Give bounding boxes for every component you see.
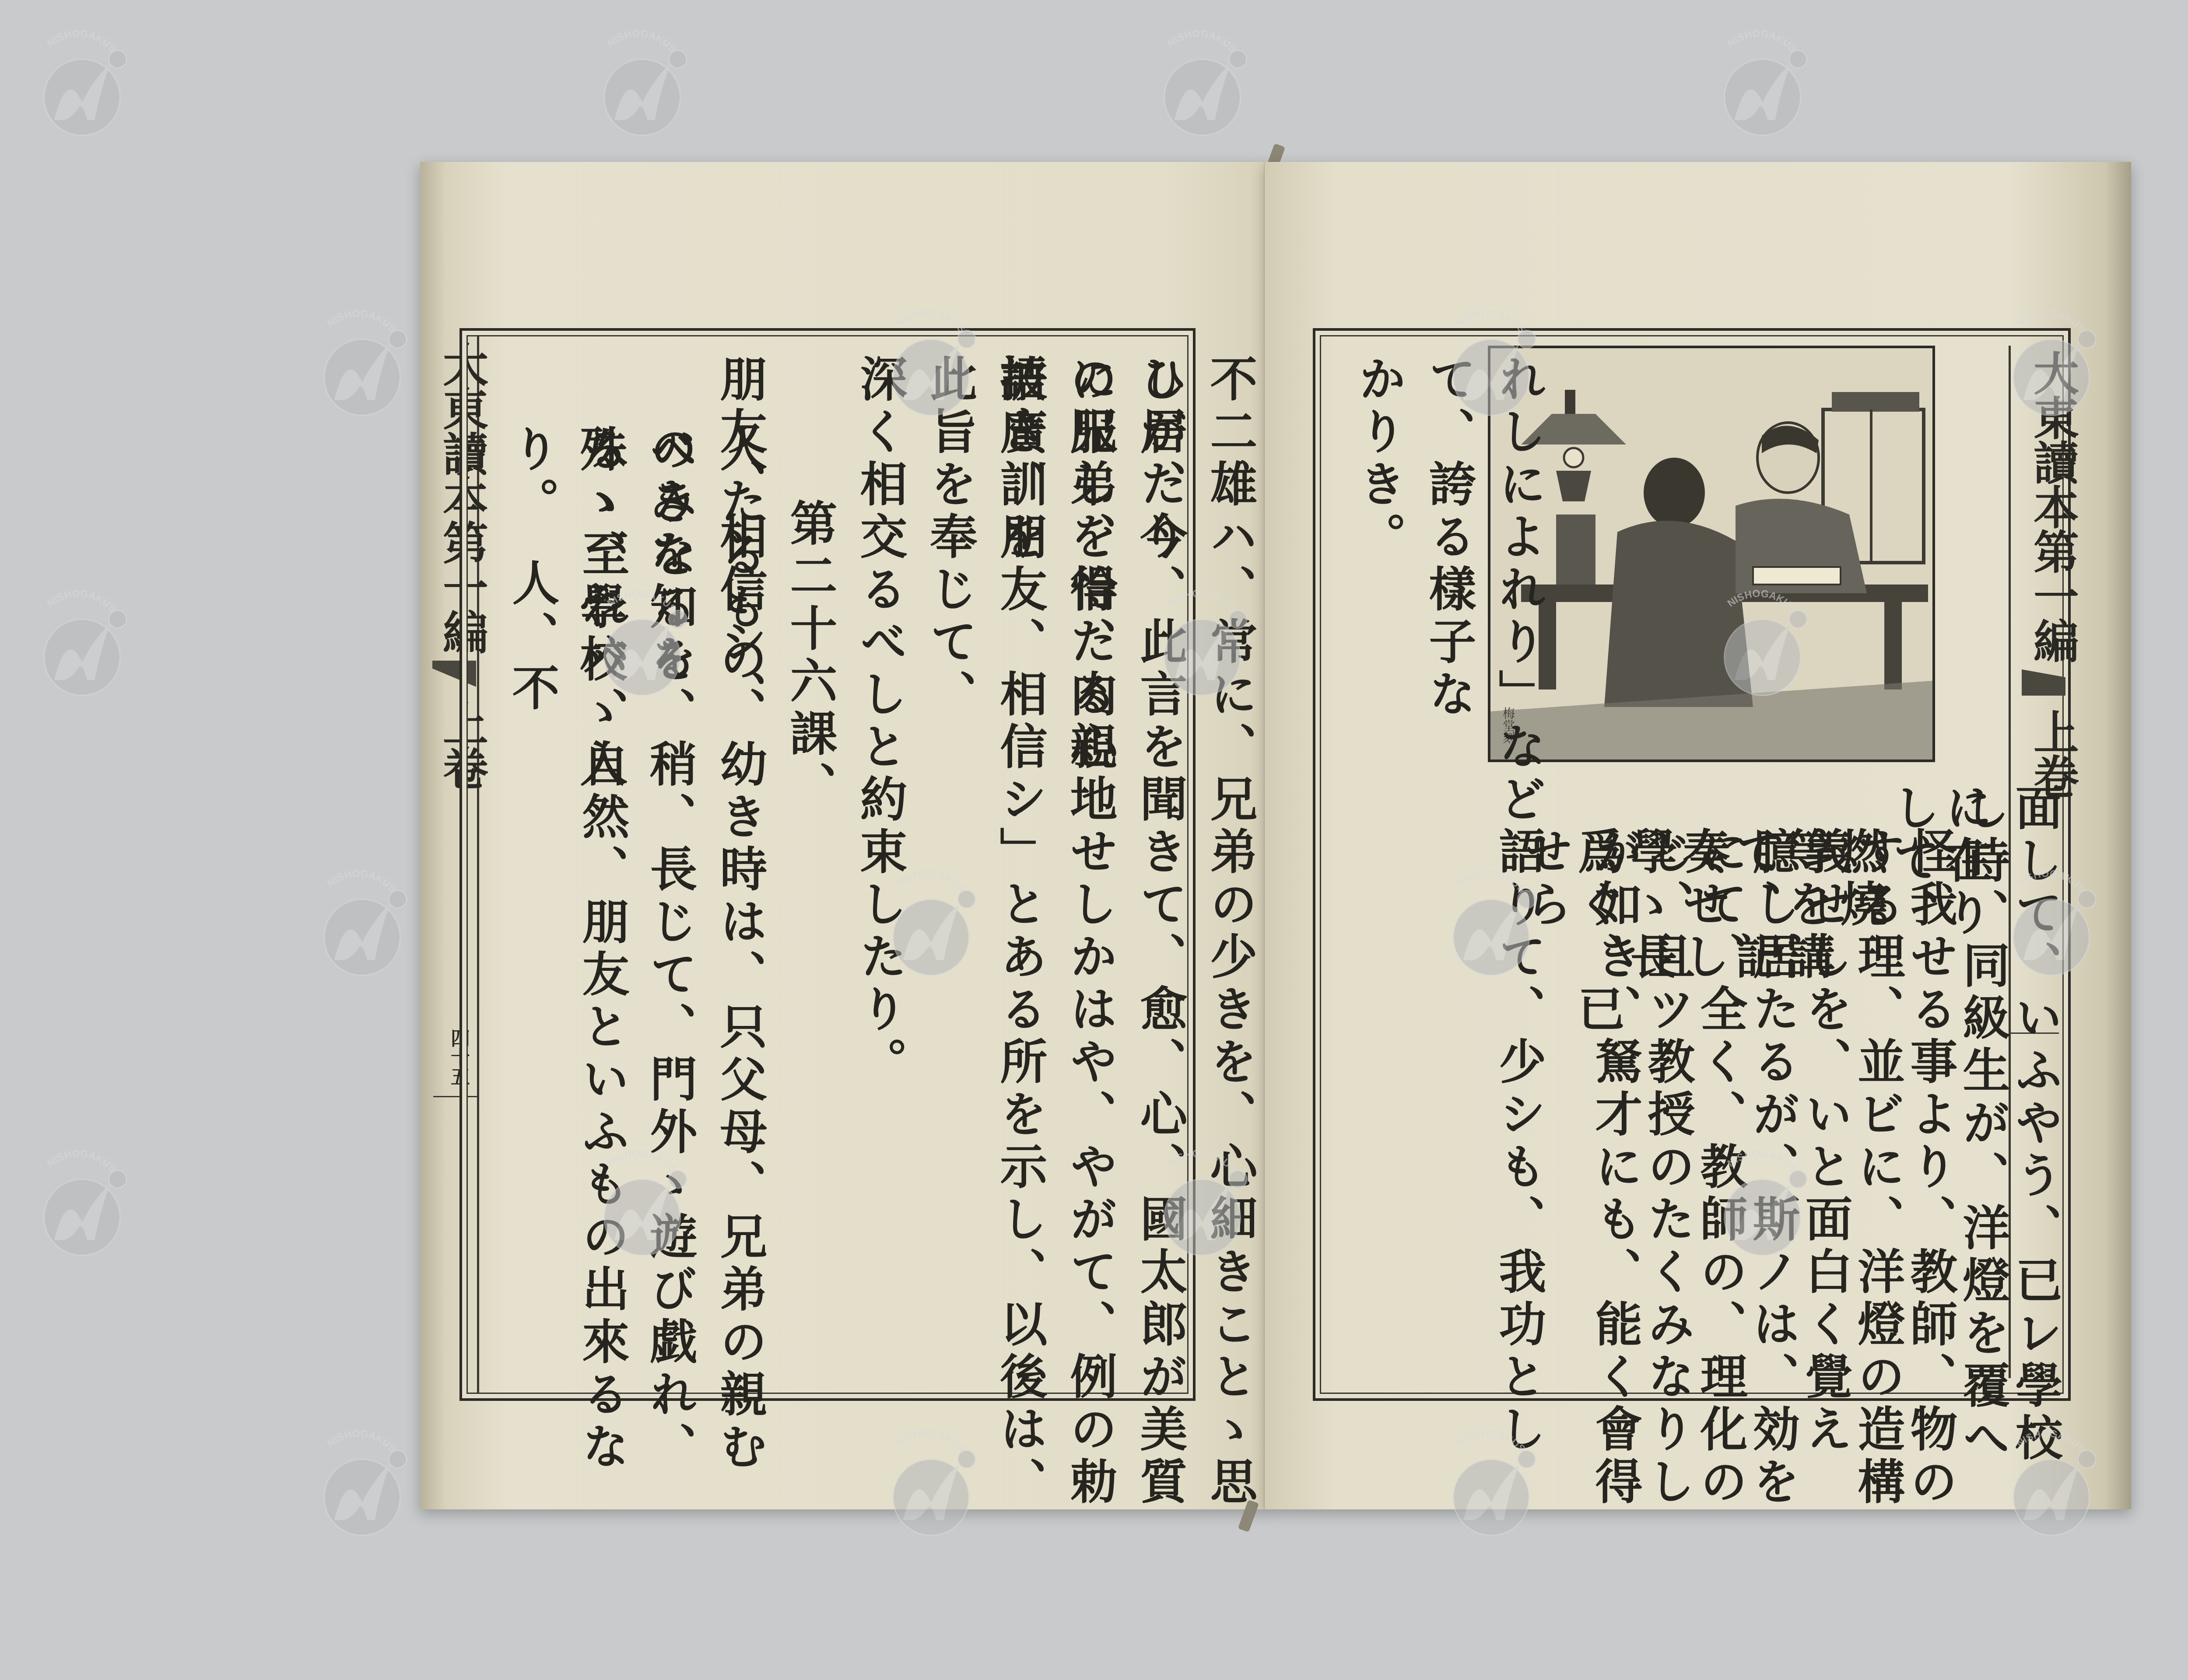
svg-text:NISHOGAKUSHA: NISHOGAKUSHA: [306, 306, 399, 335]
nishogakusha-watermark-icon: NISHOGAKUSHA: [1147, 26, 1273, 153]
svg-text:NISHOGAKUSHA: NISHOGAKUSHA: [1147, 26, 1239, 55]
nishogakusha-watermark-icon: NISHOGAKUSHA: [26, 1146, 153, 1273]
nishogakusha-watermark-icon: NISHOGAKUSHA: [586, 26, 713, 153]
illustration-students-studying: 梅堂刻: [1488, 346, 1935, 762]
svg-text:NISHOGAKUSHA: NISHOGAKUSHA: [306, 866, 399, 895]
text-column: るゝ至れバ、自然、朋友といふもの出來るなり。 人、不: [497, 424, 637, 1509]
nishogakusha-watermark-icon: NISHOGAKUSHA: [26, 586, 153, 713]
lesson-heading: 第二十六課、: [775, 499, 845, 814]
svg-text:NISHOGAKUSHA: NISHOGAKUSHA: [26, 1146, 119, 1175]
text-column: かりき。: [1343, 354, 1413, 564]
svg-text:NISHOGAKUSHA: NISHOGAKUSHA: [1707, 26, 1799, 55]
svg-text:NISHOGAKUSHA: NISHOGAKUSHA: [306, 1426, 399, 1455]
woodblock-illustration-icon: [1490, 348, 1932, 759]
svg-text:NISHOGAKUSHA: NISHOGAKUSHA: [26, 26, 119, 55]
open-book: 大東讀本第一編 上卷 四十五 不二雄ハ、常に、兄弟の少きを、心細きことゝ思ひ居た…: [420, 162, 2131, 1509]
text-column: 披き、朋友、相信シ」とある所を示し、以後は、此旨を奉じて、: [915, 354, 1055, 1509]
text-column: が如き、駑才にも、能く會得せら: [1510, 827, 1650, 1509]
right-margin-title: 大東讀本第一編: [2020, 350, 2085, 662]
left-page: 大東讀本第一編 上卷 四十五 不二雄ハ、常に、兄弟の少きを、心細きことゝ思ひ居た…: [420, 162, 1265, 1509]
svg-text:NISHOGAKUSHA: NISHOGAKUSHA: [26, 586, 119, 615]
nishogakusha-watermark-icon: NISHOGAKUSHA: [306, 866, 433, 993]
nishogakusha-watermark-icon: NISHOGAKUSHA: [26, 26, 153, 153]
text-column: 深く相交るべしと約束したり。: [845, 354, 915, 1089]
nishogakusha-watermark-icon: NISHOGAKUSHA: [306, 1426, 433, 1553]
nishogakusha-watermark-icon: NISHOGAKUSHA: [1707, 26, 1834, 153]
right-page: 大東讀本第一編 上卷: [1265, 162, 2131, 1509]
nishogakusha-watermark-icon: NISHOGAKUSHA: [306, 306, 433, 433]
svg-text:NISHOGAKUSHA: NISHOGAKUSHA: [586, 26, 679, 55]
